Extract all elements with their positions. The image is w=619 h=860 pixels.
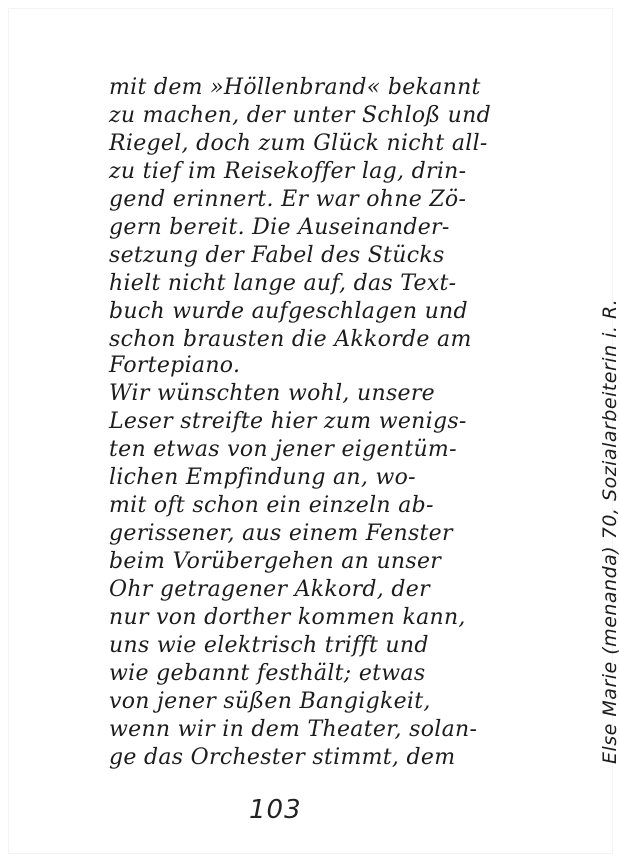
text-line: zu tief im Reisekoffer lag, drin- xyxy=(109,159,466,184)
text-line: lichen Empfindung an, wo- xyxy=(109,465,416,490)
text-line: Wir wünschten wohl, unsere xyxy=(109,381,435,406)
text-line: gern bereit. Die Auseinander- xyxy=(109,215,450,240)
text-line: hielt nicht lange auf, das Text- xyxy=(109,271,456,296)
manuscript-page: mit dem »Höllenbrand« bekannt zu machen,… xyxy=(8,8,613,854)
page-number: 103 xyxy=(249,795,302,825)
text-line: gend erinnert. Er war ohne Zö- xyxy=(109,187,466,212)
text-line: Riegel, doch zum Glück nicht all- xyxy=(109,131,488,156)
text-line: uns wie elektrisch trifft und xyxy=(109,633,429,658)
text-line: Fortepiano. xyxy=(109,353,240,378)
text-line: ge das Orchester stimmt, dem xyxy=(109,745,455,770)
text-line: zu machen, der unter Schloß und xyxy=(109,103,491,128)
text-line: mit dem »Höllenbrand« bekannt xyxy=(109,75,481,100)
text-line: gerissener, aus einem Fenster xyxy=(109,521,453,546)
text-line: nur von dorther kommen kann, xyxy=(109,605,466,630)
text-line: Ohr getragener Akkord, der xyxy=(109,577,430,602)
text-line: wie gebannt festhält; etwas xyxy=(109,661,425,686)
text-line: Leser streifte hier zum wenigs- xyxy=(109,409,467,434)
text-line: von jener süßen Bangigkeit, xyxy=(109,689,431,714)
margin-note: Else Marie (menanda) 70, Sozialarbeiteri… xyxy=(599,299,619,764)
text-line: schon brausten die Akkorde am xyxy=(109,327,472,352)
text-line: wenn wir in dem Theater, solan- xyxy=(109,717,477,742)
text-line: buch wurde aufgeschlagen und xyxy=(109,299,468,324)
text-line: mit oft schon ein einzeln ab- xyxy=(109,493,434,518)
text-line: setzung der Fabel des Stücks xyxy=(109,243,445,268)
text-line: ten etwas von jener eigentüm- xyxy=(109,437,457,462)
text-line: beim Vorübergehen an unser xyxy=(109,549,441,574)
